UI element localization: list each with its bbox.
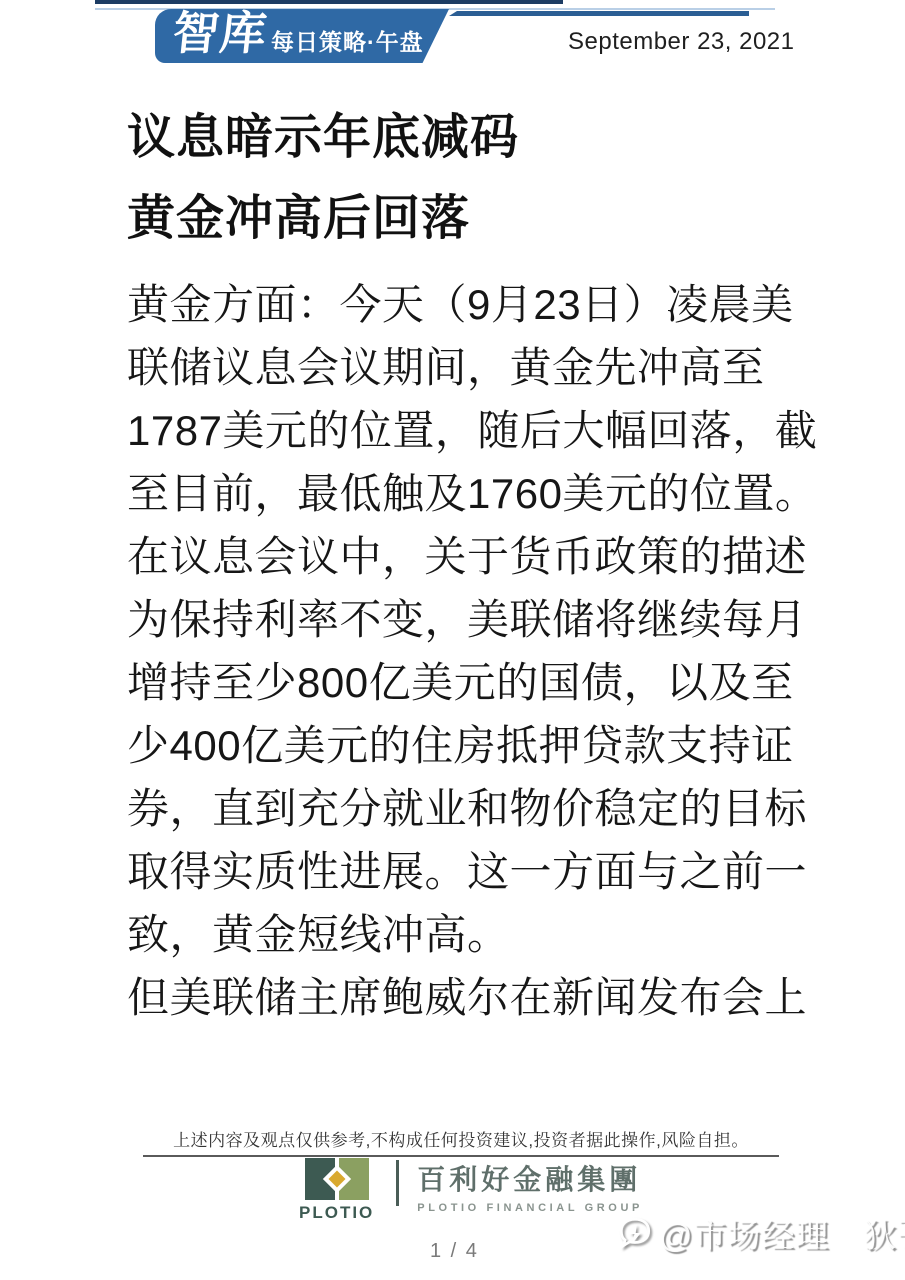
body-text-line: 少400亿美元的住房抵押贷款支持证 — [127, 714, 807, 777]
disclaimer: 上述内容及观点仅供参考,不构成任何投资建议,投资者据此操作,风险自担。 — [143, 1126, 779, 1157]
body-text-line: 致，黄金短线冲高。 — [127, 903, 807, 966]
logo-name-cn: 百利好金融集團 — [417, 1158, 643, 1198]
page-number: 1 / 4 — [430, 1240, 479, 1263]
body-text-line: 黄金方面：今天（9月23日）凌晨美 — [127, 273, 807, 336]
watermark: @市场经理 狄哥 — [616, 1210, 905, 1257]
header-top-line — [95, 0, 563, 4]
body-text-line: 联储议息会议期间，黄金先冲高至 — [127, 336, 807, 399]
logo-separator — [396, 1160, 399, 1206]
body-text-line: 至目前，最低触及1760美元的位置。 — [127, 462, 807, 525]
body-text-line: 为保持利率不变，美联储将继续每月 — [127, 588, 807, 651]
document-page: 智库 每日策略·午盘 September 23, 2021 议息暗示年底减码 黄… — [0, 0, 905, 1280]
logo-mark-column: PLOTIO — [299, 1158, 374, 1223]
article: 议息暗示年底减码 黄金冲高后回落 黄金方面：今天（9月23日）凌晨美 联储议息会… — [127, 97, 807, 1029]
logo-text-column: 百利好金融集團 PLOTIO FINANCIAL GROUP — [417, 1158, 643, 1214]
plotio-diamond-mark-icon — [305, 1158, 369, 1200]
plotio-logo: PLOTIO 百利好金融集團 PLOTIO FINANCIAL GROUP — [299, 1158, 643, 1223]
body-text-line: 但美联储主席鲍威尔在新闻发布会上 — [127, 966, 807, 1029]
body-text-line: 在议息会议中，关于货币政策的描述 — [127, 525, 807, 588]
header-accent-line — [449, 11, 749, 16]
banner-title-main: 智库 — [171, 10, 270, 56]
disclaimer-text: 上述内容及观点仅供参考,不构成任何投资建议,投资者据此操作,风险自担。 — [173, 1131, 749, 1150]
logo-wordmark: PLOTIO — [299, 1203, 374, 1223]
watermark-text: @市场经理 狄哥 — [659, 1210, 905, 1257]
masthead-banner: 智库 每日策略·午盘 — [155, 9, 449, 63]
article-body: 黄金方面：今天（9月23日）凌晨美 联储议息会议期间，黄金先冲高至 1787美元… — [127, 273, 807, 1029]
body-text-line: 取得实质性进展。这一方面与之前一 — [127, 840, 807, 903]
body-text-line: 增持至少800亿美元的国债，以及至 — [127, 651, 807, 714]
article-title-line-1: 议息暗示年底减码 — [127, 97, 807, 178]
body-text-line: 1787美元的位置，随后大幅回落，截 — [127, 399, 807, 462]
date-label: September 23, 2021 — [568, 28, 795, 56]
logo-name-en: PLOTIO FINANCIAL GROUP — [417, 1202, 643, 1214]
kuaishou-bubble-bolt-icon — [616, 1215, 654, 1253]
body-text-line: 券，直到充分就业和物价稳定的目标 — [127, 777, 807, 840]
article-title-line-2: 黄金冲高后回落 — [127, 178, 807, 259]
banner-title-sub: 每日策略·午盘 — [271, 31, 424, 54]
